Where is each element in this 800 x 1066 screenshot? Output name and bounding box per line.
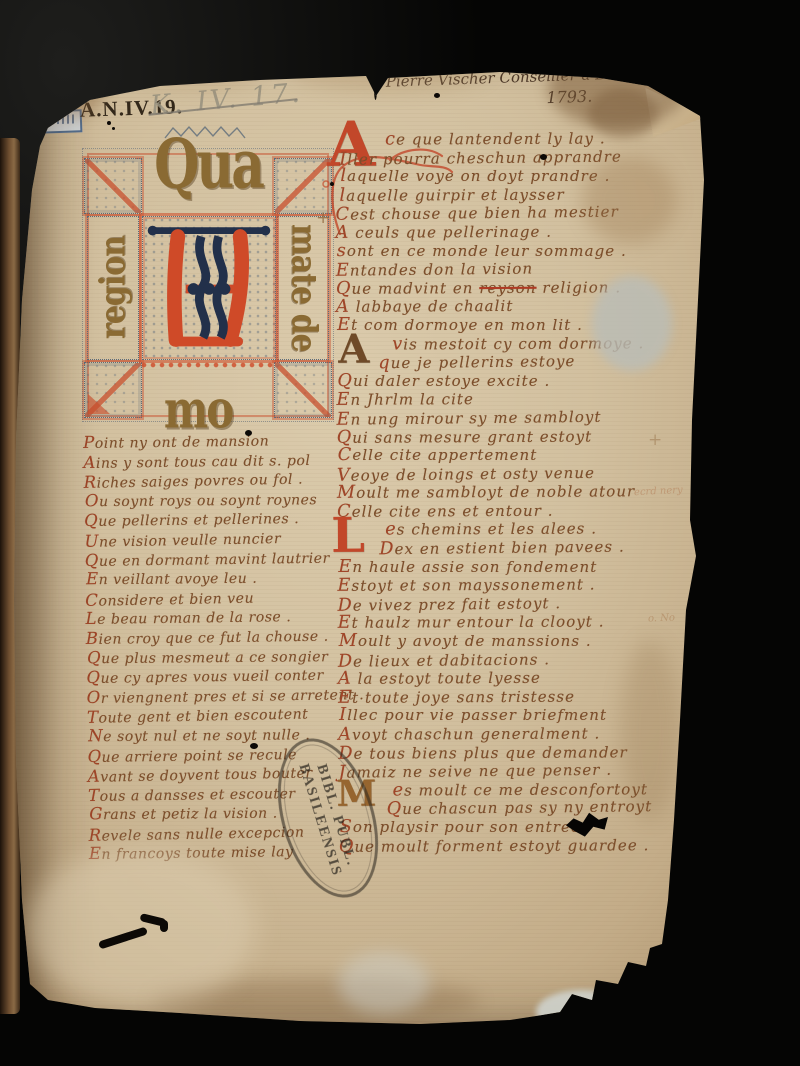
border-word-right: mate de (283, 224, 323, 352)
stamp-line-1: BIBL. PUBL. (312, 762, 359, 869)
verse-line: En haule assie son fondement (338, 558, 648, 577)
illuminated-initial-frame: region mate de Qua mo (84, 150, 332, 420)
verse-line: Que moult forment estoyt guardee . (339, 836, 649, 856)
verse-block: Avis mestoit cy com dormoye .que je pell… (336, 334, 647, 522)
margin-note: o. No (648, 613, 675, 625)
verse-line: Et haulz mur entour la clooyt . (338, 613, 648, 633)
red-corner-triangle (88, 394, 110, 414)
owner-year: 1793. (546, 82, 717, 107)
verse-line: Qui sans mesure grant estoyt (337, 427, 647, 447)
verse-block: Ace que lantendent ly lay .Iller pourra … (335, 129, 646, 335)
owner-inscription-line: Pierre Vischer Conseiller à Basle,N°. 99… (385, 56, 716, 92)
verse-line: Avoyt chaschun generalment . (338, 724, 648, 744)
ink-spot (112, 127, 115, 130)
verse-line: Entandes don la vision (336, 258, 646, 280)
verse-line: De vivez prez fait estoyt . (337, 593, 647, 615)
verse-line: Que plus mesmeut a ce songier (87, 646, 377, 668)
verse-line: En ung mirour sy me sambloyt (337, 407, 647, 429)
plus-mark: + (648, 430, 662, 450)
stain (26, 848, 256, 1008)
frame-corner (84, 362, 142, 418)
ink-slash (139, 913, 166, 927)
border-word-bottom: mo (164, 379, 232, 440)
ink-slash (160, 920, 168, 932)
ink-spot (647, 978, 654, 984)
verse-line: Celle cite ens et entour . (337, 501, 647, 521)
verse-line: Dex en estient bien pavees . (337, 537, 647, 559)
border-word-left: region (93, 236, 133, 339)
verse-block: Mes moult ce me desconfortoytQue chascun… (339, 780, 649, 856)
verse-line: Que madvint en reyson religion . (336, 278, 646, 298)
initial-letter-panel (142, 216, 276, 360)
verse-block: Les chemins et les alees .Dex en estient… (337, 520, 648, 782)
verse-line: Celle cite appertement (338, 446, 648, 465)
verse-line: A ceuls que pellerinage . (336, 222, 646, 242)
verse-line: que je pellerins estoye (336, 351, 646, 373)
catalog-number: N°. 99. (649, 56, 727, 83)
stamp-line-2: BASILEENSIS (295, 762, 345, 879)
stain (338, 952, 430, 1014)
verse-line: ce que lantendent ly lay . (335, 129, 645, 149)
frame-corner (274, 362, 332, 418)
verse-line: En Jhrlm la cite (336, 390, 646, 410)
verse-line: Estoyt et son mayssonement . (337, 575, 647, 595)
ink-slash (98, 926, 148, 949)
verse-line: Moult y avoyt de manssions . (339, 632, 649, 651)
verse-line: A labbaye de chaalit (336, 297, 646, 317)
frame-band-left: region (87, 216, 139, 360)
verse-line: Bien croy que ce fut la chouse . (86, 626, 376, 650)
right-column: Ace que lantendent ly lay .Iller pourra … (335, 129, 649, 856)
expunged-word: reyson (479, 279, 536, 297)
plus-mark: + (316, 208, 330, 228)
verse-line: Qui daler estoye excite . (337, 372, 647, 391)
verse-line: laquelle voye on doyt prandre . (336, 167, 646, 186)
photo-frame: A.N.IV.19. K. IV. 17. Pierre Vischer Con… (0, 0, 800, 1066)
verse-line: Illec pour vie passer briefment (339, 706, 649, 725)
verse-line: Veoye de loings et osty venue (337, 463, 647, 485)
border-word-top: Qua (154, 125, 262, 204)
verse-line: Et toute joye sans tristesse (338, 687, 648, 707)
verse-line: De lieux et dabitacions . (338, 649, 648, 671)
red-dot-fringe (140, 362, 276, 372)
shelfmark-sticker (36, 109, 83, 134)
frame-corner (84, 158, 142, 214)
pen-tick: ! (726, 52, 736, 71)
initial-letter-A (143, 217, 275, 359)
verse-line: A la estoyt toute lyesse (338, 668, 648, 688)
verse-line: sont en ce monde leur sommage . (337, 242, 647, 261)
ink-spot (374, 78, 377, 100)
stain (150, 978, 480, 1024)
verse-line: Ne soyt nul et ne soyt nulle . (88, 725, 378, 747)
verse-line: Et com dormoye en mon lit . (337, 316, 647, 335)
verse-line: Que chascun pas sy ny entroyt (339, 798, 649, 820)
ink-spot (62, 87, 66, 91)
verse-line: Moult me sambloyt de noble atour (337, 482, 647, 502)
verse-line: Iller pourra cheschun apprandre (335, 147, 645, 169)
manuscript-page: A.N.IV.19. K. IV. 17. Pierre Vischer Con… (0, 0, 800, 1066)
stain (536, 990, 628, 1034)
